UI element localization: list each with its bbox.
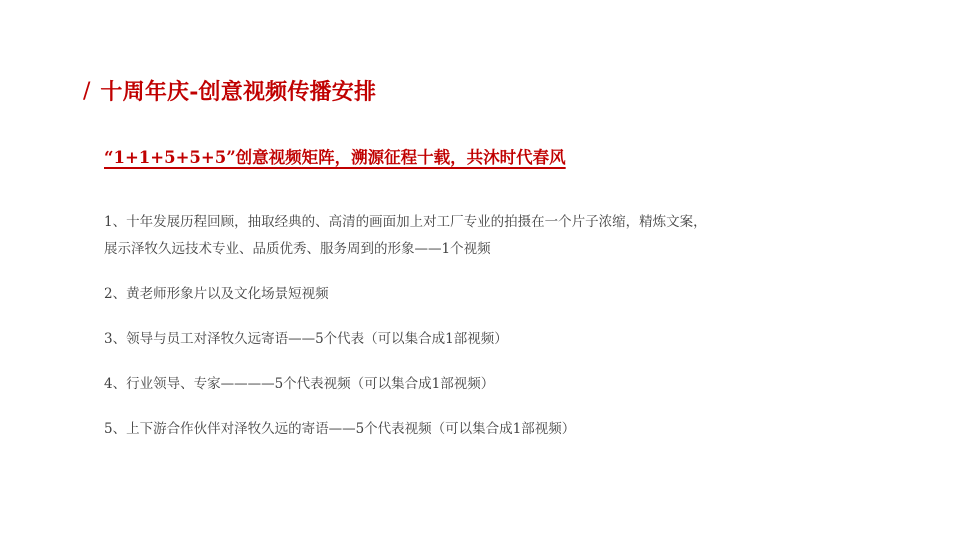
list-item-2-text: 2、黄老师形象片以及文化场景短视频 bbox=[104, 281, 864, 308]
list-item-4: 4、行业领导、专家————5个代表视频（可以集合成1部视频） bbox=[104, 371, 864, 398]
title-row: / 十周年庆-创意视频传播安排 bbox=[83, 77, 376, 107]
list-item-3: 3、领导与员工对泽牧久远寄语——5个代表（可以集合成1部视频） bbox=[104, 326, 864, 353]
list-item-4-text: 4、行业领导、专家————5个代表视频（可以集合成1部视频） bbox=[104, 371, 864, 398]
title-slash-decoration: / bbox=[83, 77, 90, 107]
video-plan-list: 1、十年发展历程回顾，抽取经典的、高清的画面加上对工厂专业的拍摄在一个片子浓缩，… bbox=[104, 209, 864, 443]
list-item-2: 2、黄老师形象片以及文化场景短视频 bbox=[104, 281, 864, 308]
slide: / 十周年庆-创意视频传播安排 “1+1+5+5+5”创意视频矩阵，溯源征程十载… bbox=[0, 0, 960, 540]
page-title: 十周年庆-创意视频传播安排 bbox=[100, 77, 376, 107]
list-item-3-text: 3、领导与员工对泽牧久远寄语——5个代表（可以集合成1部视频） bbox=[104, 326, 864, 353]
list-item-5: 5、上下游合作伙伴对泽牧久远的寄语——5个代表视频（可以集合成1部视频） bbox=[104, 416, 864, 443]
list-item-1-line-2: 展示泽牧久远技术专业、品质优秀、服务周到的形象——1个视频 bbox=[104, 236, 864, 263]
list-item-1-line-1: 1、十年发展历程回顾，抽取经典的、高清的画面加上对工厂专业的拍摄在一个片子浓缩，… bbox=[104, 209, 864, 236]
subtitle-heading: “1+1+5+5+5”创意视频矩阵，溯源征程十载，共沐时代春风 bbox=[104, 146, 566, 170]
list-item-1: 1、十年发展历程回顾，抽取经典的、高清的画面加上对工厂专业的拍摄在一个片子浓缩，… bbox=[104, 209, 864, 263]
list-item-5-text: 5、上下游合作伙伴对泽牧久远的寄语——5个代表视频（可以集合成1部视频） bbox=[104, 416, 864, 443]
